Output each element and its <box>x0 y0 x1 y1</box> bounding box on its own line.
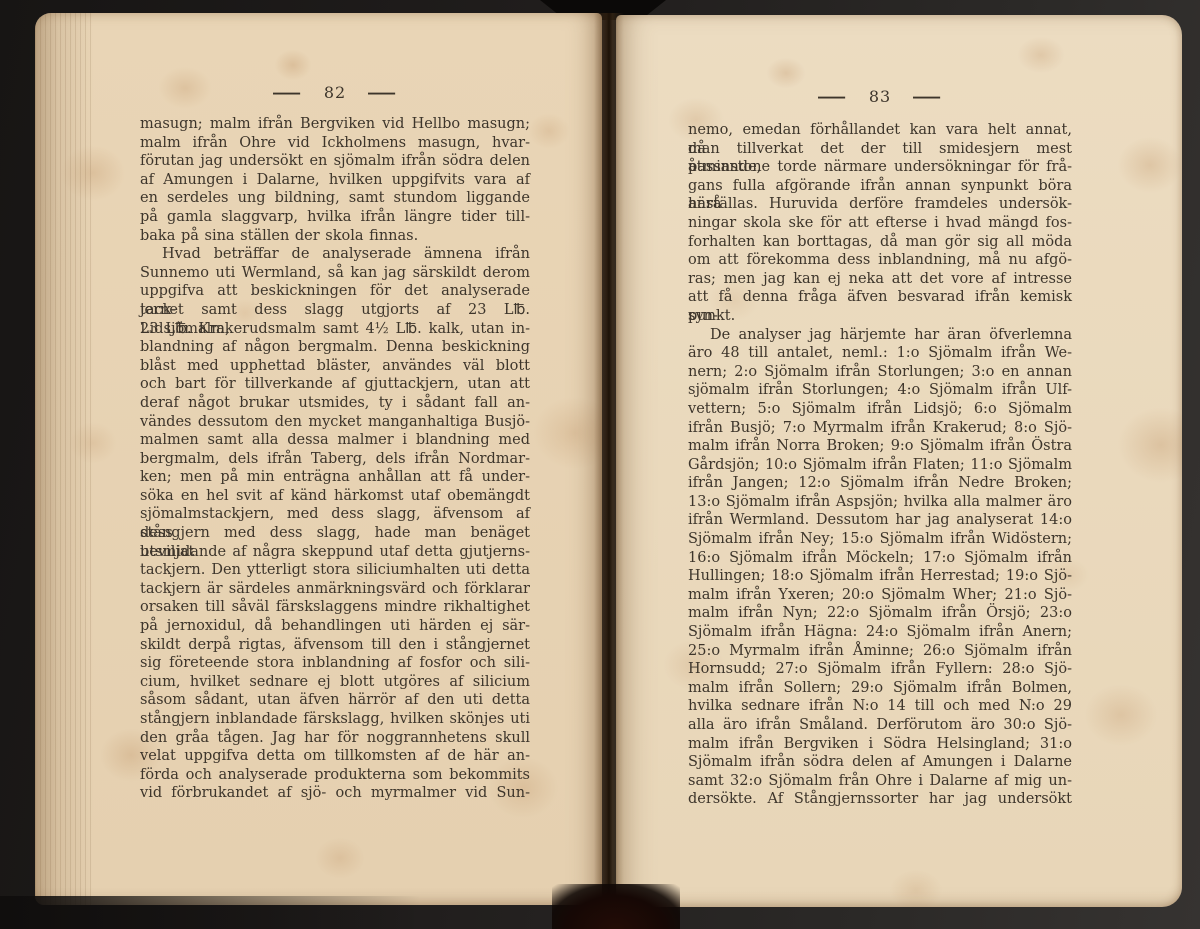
header-dash: — <box>367 83 399 102</box>
text-line: förda och analyserade produkterna som be… <box>140 766 530 785</box>
text-line: om att förekomma dess inblandning, må nu… <box>688 251 1072 270</box>
text-line: man tillverkat det der till smidesjern m… <box>688 140 1072 159</box>
book-gutter <box>594 13 624 906</box>
text-line: bergmalm, dels ifrån Taberg, dels ifrån … <box>140 450 530 469</box>
text-line: sjömalmstackjern, med dess slagg, äfvens… <box>140 505 530 524</box>
text-line: malm ifrån Nyn; 22:o Sjömalm ifrån Örsjö… <box>688 604 1072 623</box>
text-line: tackjern. Den ytterligt stora siliciumha… <box>140 561 530 580</box>
text-line: blandning af någon bergmalm. Denna beski… <box>140 338 530 357</box>
text-line: Sjömalm ifrån Hägna: 24:o Sjömalm ifrån … <box>688 623 1072 642</box>
text-line: uppgifva att beskickningen för det analy… <box>140 282 530 301</box>
text-line: på jernoxidul, då behandlingen uti härde… <box>140 617 530 636</box>
text-line: på gamla slaggvarp, hvilka ifrån längre … <box>140 208 530 227</box>
text-line: stångjern med dess slagg, hade man benäg… <box>140 524 530 543</box>
text-line: Hornsudd; 27:o Sjömalm ifrån Fyllern: 28… <box>688 660 1072 679</box>
text-line: nern; 2:o Sjömalm ifrån Storlungen; 3:o … <box>688 363 1072 382</box>
text-line: Sjömalm ifrån Ney; 15:o Sjömalm ifrån Wi… <box>688 530 1072 549</box>
text-line: den gråa tågen. Jag har för noggrannhete… <box>140 729 530 748</box>
text-line: deraf något brukar utsmides, ty i sådant… <box>140 394 530 413</box>
header-dash: — <box>816 87 848 106</box>
text-line: stångjern inblandade färskslagg, hvilken… <box>140 710 530 729</box>
text-line: ras; men jag kan ej neka att det vore af… <box>688 270 1072 289</box>
text-line: Sjömalm ifrån södra delen af Amungen i D… <box>688 753 1072 772</box>
text-line: samt 32:o Sjömalm från Ohre i Dalarne af… <box>688 772 1072 791</box>
text-line: ifrån Wermland. Dessutom har jag analyse… <box>688 511 1072 530</box>
text-line: Sunnemo uti Wermland, så kan jag särskil… <box>140 264 530 283</box>
text-line: malm ifrån Bergviken i Södra Helsingland… <box>688 735 1072 754</box>
book-spine-bottom <box>552 884 680 929</box>
text-line: anställas. Huruvida derföre framdeles un… <box>688 195 1072 214</box>
text-line: att få denna fråga äfven besvarad ifrån … <box>688 288 1072 307</box>
text-line: sig företeende stora inblandning af fosf… <box>140 654 530 673</box>
text-line: blåst med upphettad bläster, användes vä… <box>140 357 530 376</box>
text-line: vettern; 5:o Sjömalm ifrån Lidsjö; 6:o S… <box>688 400 1072 419</box>
right-page-header: — 83 — <box>688 87 1072 106</box>
text-line: en serdeles ung bildning, samt stundom l… <box>140 189 530 208</box>
text-line: orsaken till såväl färskslaggens mindre … <box>140 598 530 617</box>
text-line: dersökte. Af Stångjernssorter har jag un… <box>688 790 1072 809</box>
text-line: hvilka sednare ifrån N:o 14 till och med… <box>688 697 1072 716</box>
text-line: alla äro ifrån Småland. Derförutom äro 3… <box>688 716 1072 735</box>
text-line: såsom sådant, utan äfven härrör af den u… <box>140 691 530 710</box>
left-page: — 82 — masugn; malm ifrån Bergviken vid … <box>35 13 602 905</box>
text-line: vid förbrukandet af sjö- och myrmalmer v… <box>140 784 530 803</box>
text-line: 23 L℔. Krakerudsmalm samt 4½ L℔. kalk, u… <box>140 320 530 339</box>
text-line: forhalten kan borttagas, då man gör sig … <box>688 233 1072 252</box>
text-line: cium, hvilket sednare ej blott utgöres a… <box>140 673 530 692</box>
text-line: sjömalm ifrån Storlungen; 4:o Sjömalm if… <box>688 381 1072 400</box>
left-page-number: 82 <box>324 83 346 102</box>
header-dash: — <box>912 87 944 106</box>
text-line: skildt derpå rigtas, äfvensom till den i… <box>140 636 530 655</box>
text-line: gans fulla afgörande ifrån annan synpunk… <box>688 177 1072 196</box>
text-line: punkt. <box>688 307 1072 326</box>
left-page-header: — 82 — <box>140 83 530 102</box>
text-line: ifrån Busjö; 7:o Myrmalm ifrån Krakerud;… <box>688 419 1072 438</box>
text-line: 16:o Sjömalm ifrån Möckeln; 17:o Sjömalm… <box>688 549 1072 568</box>
text-line: malm ifrån Sollern; 29:o Sjömalm ifrån B… <box>688 679 1072 698</box>
text-line: De analyser jag härjemte har äran öfverl… <box>688 326 1072 345</box>
text-line: Hvad beträffar de analyserade ämnena ifr… <box>140 245 530 264</box>
text-line: utsmidande af några skeppund utaf detta … <box>140 543 530 562</box>
right-page-text: nemo, emedan förhållandet kan vara helt … <box>688 121 1072 809</box>
text-line: 13:o Sjömalm ifrån Aspsjön; hvilka alla … <box>688 493 1072 512</box>
text-line: Gårdsjön; 10:o Sjömalm ifrån Flaten; 11:… <box>688 456 1072 475</box>
text-line: ifrån Jangen; 12:o Sjömalm ifrån Nedre B… <box>688 474 1072 493</box>
background-shadow <box>0 896 420 929</box>
text-line: masugn; malm ifrån Bergviken vid Hellbo … <box>140 115 530 134</box>
text-line: malmen samt alla dessa malmer i blandnin… <box>140 431 530 450</box>
header-dash: — <box>271 83 303 102</box>
text-line: förutan jag undersökt en sjömalm ifrån s… <box>140 152 530 171</box>
text-line: velat uppgifva detta om tillkomsten af d… <box>140 747 530 766</box>
text-line: söka en hel svit af känd härkomst utaf o… <box>140 487 530 506</box>
right-page: — 83 — nemo, emedan förhållandet kan var… <box>616 15 1182 907</box>
text-line: ningar skola ske för att efterse i hvad … <box>688 214 1072 233</box>
text-line: nemo, emedan förhållandet kan vara helt … <box>688 121 1072 140</box>
text-line: malm ifrån Norra Broken; 9:o Sjömalm ifr… <box>688 437 1072 456</box>
book-photo: — 82 — masugn; malm ifrån Bergviken vid … <box>0 0 1200 929</box>
text-line: vändes dessutom den mycket manganhaltiga… <box>140 413 530 432</box>
right-page-number: 83 <box>869 87 891 106</box>
text-line: malm ifrån Yxeren; 20:o Sjömalm Wher; 21… <box>688 586 1072 605</box>
text-line: och bart för tillverkande af gjuttackjer… <box>140 375 530 394</box>
text-line: baka på sina ställen der skola finnas. <box>140 227 530 246</box>
text-line: tackjern är särdeles anmärkningsvärd och… <box>140 580 530 599</box>
text-line: ken; men på min enträgna anhållan att få… <box>140 468 530 487</box>
text-line: malm ifrån Ohre vid Ickholmens masugn, h… <box>140 134 530 153</box>
text-line: åtminstone torde närmare undersökningar … <box>688 158 1072 177</box>
text-line: af Amungen i Dalarne, hvilken uppgifvits… <box>140 171 530 190</box>
text-line: jernet samt dess slagg utgjorts af 23 L℔… <box>140 301 530 320</box>
page-edge-stack <box>35 13 93 905</box>
text-line: äro 48 till antalet, neml.: 1:o Sjömalm … <box>688 344 1072 363</box>
left-page-text: masugn; malm ifrån Bergviken vid Hellbo … <box>140 115 530 803</box>
text-line: Hullingen; 18:o Sjömalm ifrån Herrestad;… <box>688 567 1072 586</box>
text-line: 25:o Myrmalm ifrån Åminne; 26:o Sjömalm … <box>688 642 1072 661</box>
